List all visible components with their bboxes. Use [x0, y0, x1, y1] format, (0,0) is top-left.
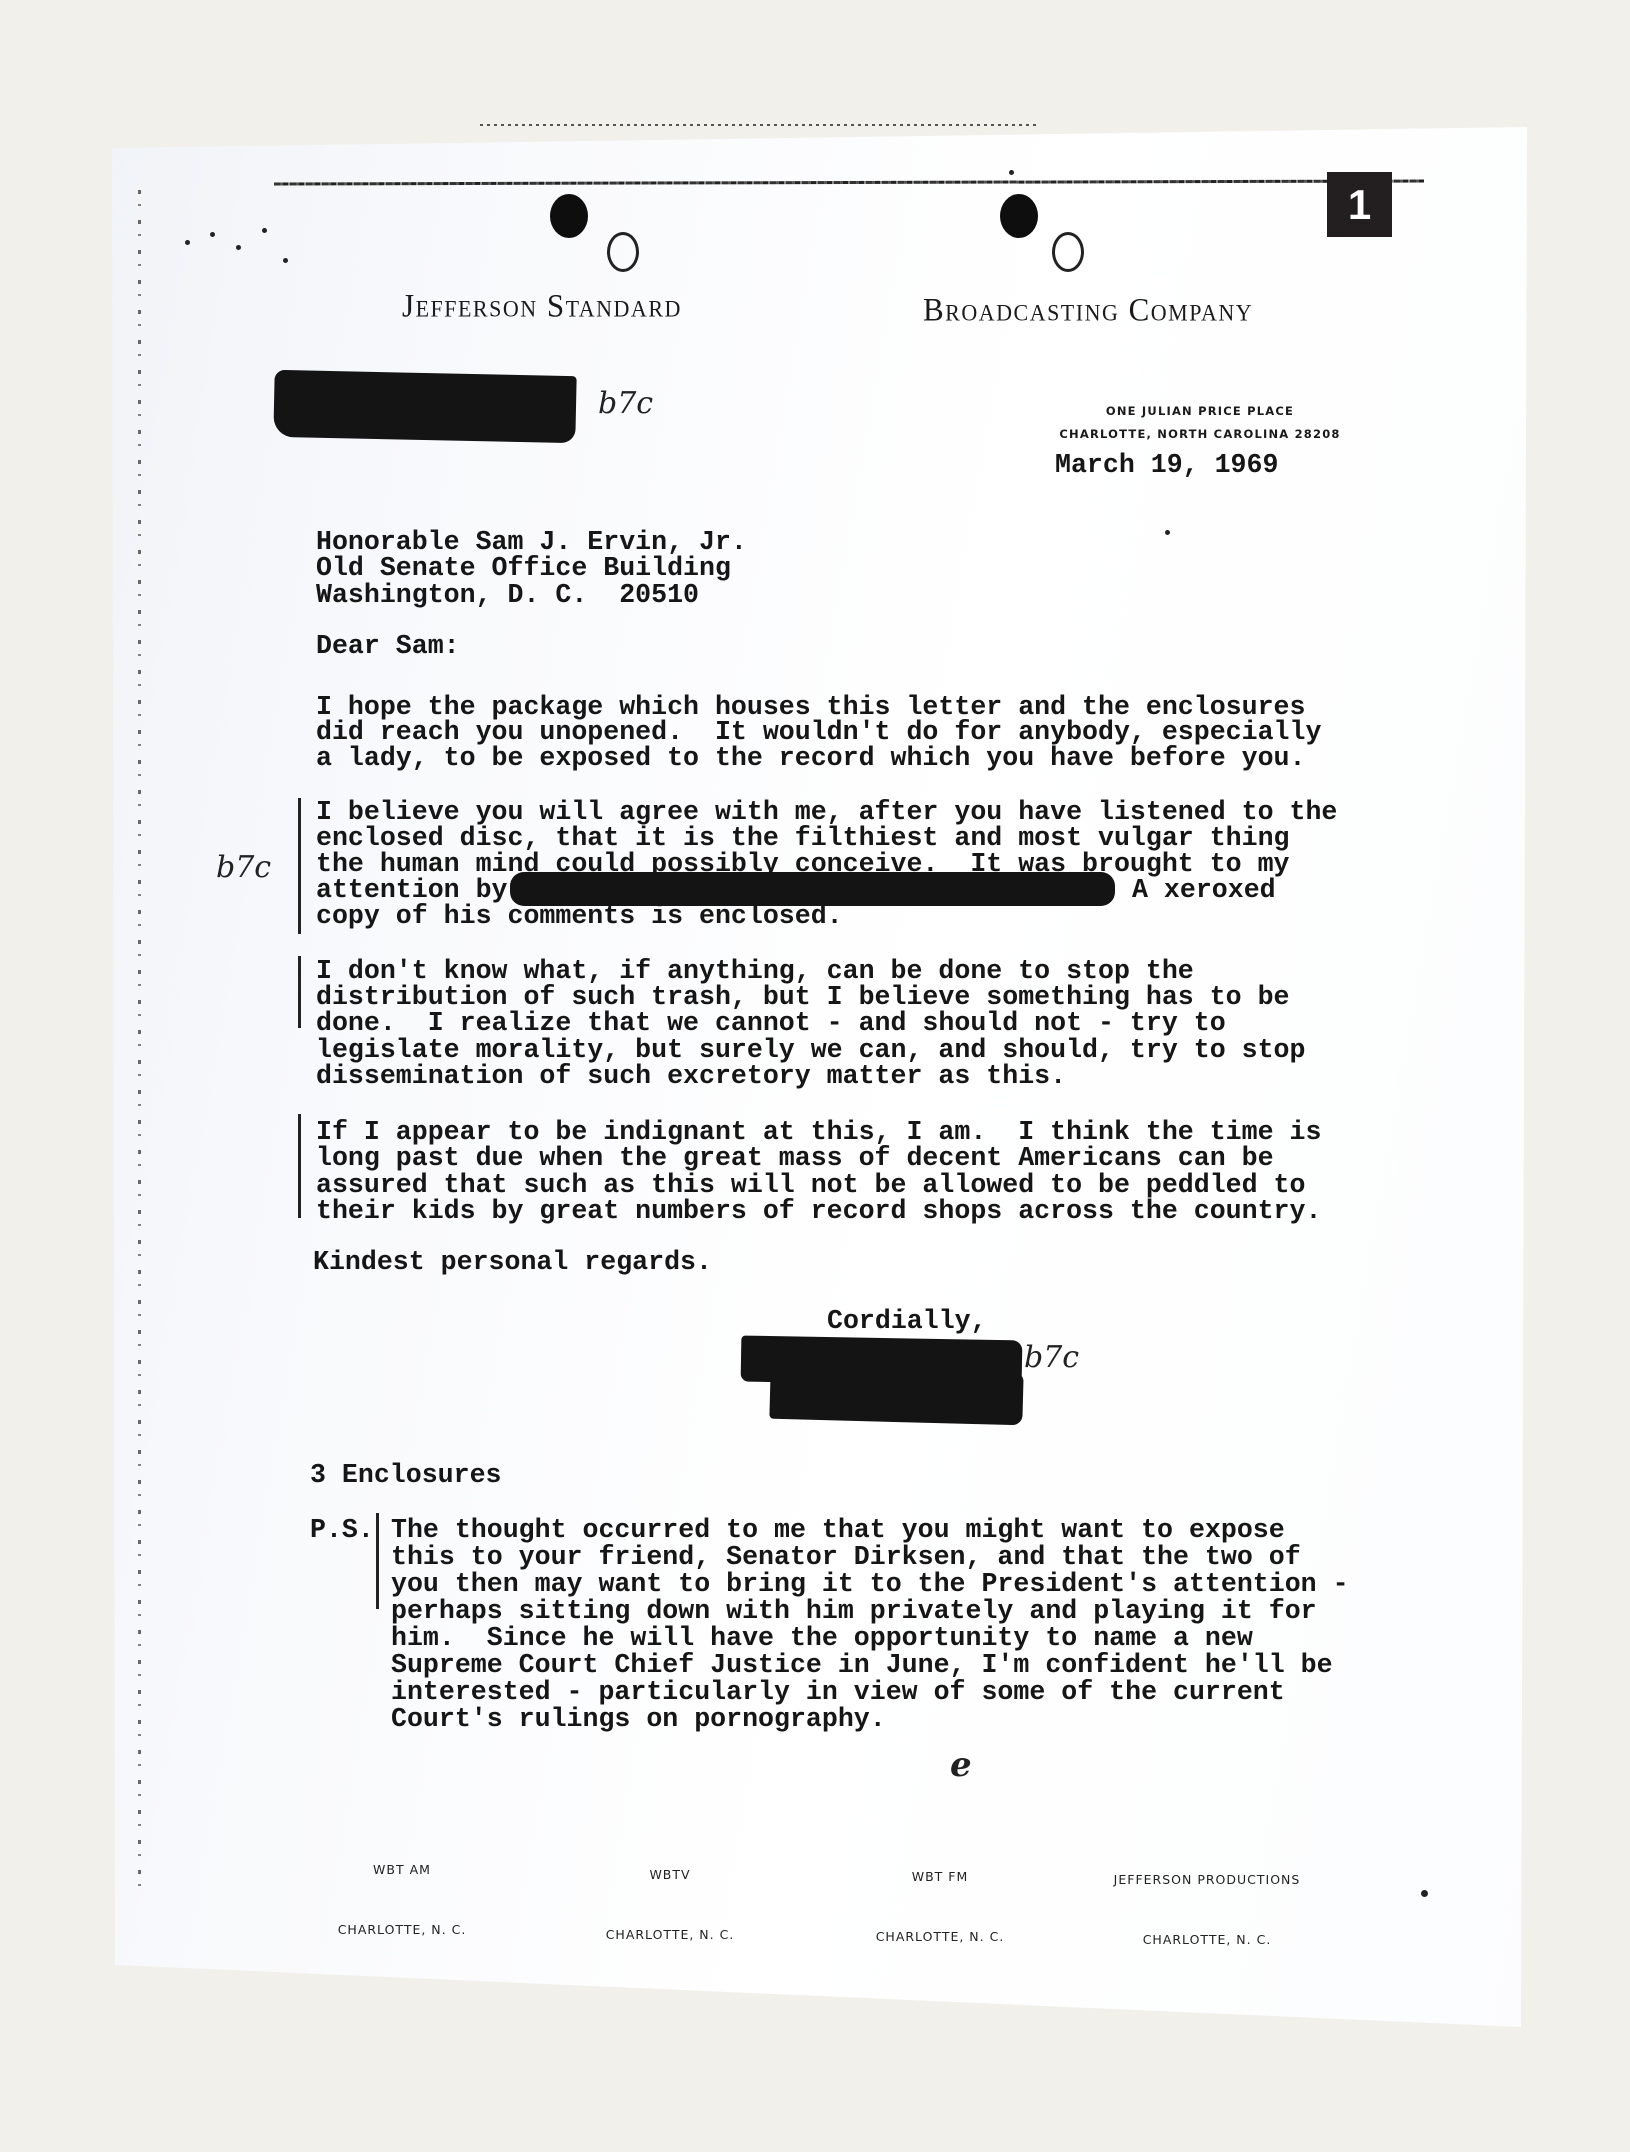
top-copy-artifact [480, 124, 1040, 126]
margin-bar [298, 956, 301, 1028]
letterhead-right: Broadcasting Company [923, 291, 1253, 329]
speck [1421, 1890, 1428, 1897]
page-number-badge: 1 [1327, 172, 1392, 237]
postscript-line: Supreme Court Chief Justice in June, I'm… [391, 1652, 1333, 1678]
b7c-annotation: b7c [598, 386, 653, 421]
footer-station-name: WBTV [606, 1865, 735, 1885]
footer-station-city: CHARLOTTE, N. C. [1114, 1930, 1301, 1950]
paragraph-3-line: dissemination of such excretory matter a… [316, 1063, 1066, 1089]
valediction: Cordially, [827, 1308, 987, 1334]
paragraph-2-line: A xeroxed [1132, 877, 1276, 903]
postscript-line: him. Since he will have the opportunity … [391, 1625, 1253, 1651]
margin-bar [298, 1114, 301, 1218]
paragraph-4-line: their kids by great numbers of record sh… [316, 1198, 1321, 1224]
paragraph-1-line: did reach you unopened. It wouldn't do f… [316, 719, 1321, 745]
left-edge-copy-artifact [138, 190, 141, 1890]
punch-hole-icon [550, 194, 588, 238]
paragraph-3-line: done. I realize that we cannot - and sho… [316, 1010, 1226, 1036]
salutation: Dear Sam: [316, 633, 460, 659]
letterhead-left: Jefferson Standard [402, 287, 682, 325]
paragraph-3-line: I don't know what, if anything, can be d… [316, 958, 1194, 984]
footer-station-city: CHARLOTTE, N. C. [338, 1920, 467, 1940]
punch-hole-icon [1000, 194, 1038, 238]
signature-redaction [769, 1367, 1023, 1426]
paragraph-3-line: distribution of such trash, but I believ… [316, 984, 1290, 1010]
margin-bar [298, 798, 301, 934]
footer-station-name: JEFFERSON PRODUCTIONS [1114, 1870, 1301, 1890]
paragraph-2-line: copy of his comments is enclosed. [316, 903, 843, 929]
speck [236, 245, 241, 250]
recipient-line: Old Senate Office Building [316, 555, 731, 581]
paragraph-4-line: long past due when the great mass of dec… [316, 1145, 1274, 1171]
footer-station: WBT FM CHARLOTTE, N. C. [876, 1827, 1005, 1967]
recipient-line: Honorable Sam J. Ervin, Jr. [316, 529, 747, 555]
paragraph-3-line: legislate morality, but surely we can, a… [316, 1037, 1305, 1063]
footer-station-city: CHARLOTTE, N. C. [876, 1927, 1005, 1947]
postscript-line: you then may want to bring it to the Pre… [391, 1571, 1349, 1597]
postscript-line: this to your friend, Senator Dirksen, an… [391, 1544, 1301, 1570]
recipient-line: Washington, D. C. 20510 [316, 582, 699, 608]
footer-station: WBT AM CHARLOTTE, N. C. [338, 1820, 467, 1960]
b7c-annotation: b7c [216, 850, 271, 885]
speck [262, 228, 267, 233]
paragraph-4-line: If I appear to be indignant at this, I a… [316, 1119, 1321, 1145]
letter-date: March 19, 1969 [1055, 452, 1278, 478]
enclosures-note: 3 Enclosures [310, 1462, 502, 1488]
speck [1165, 530, 1170, 535]
handwritten-mark: e [950, 1745, 972, 1785]
postscript-line: perhaps sitting down with him privately … [391, 1598, 1317, 1624]
postscript-line: Court's rulings on pornography. [391, 1706, 886, 1732]
speck [283, 258, 288, 263]
speck [185, 240, 190, 245]
closing-line: Kindest personal regards. [313, 1249, 712, 1275]
b7c-annotation: b7c [1024, 1340, 1079, 1375]
ring-hole-icon [607, 232, 639, 272]
footer-station-name: WBT AM [338, 1860, 467, 1880]
postscript-line: interested - particularly in view of som… [391, 1679, 1285, 1705]
paragraph-2-line: I believe you will agree with me, after … [316, 799, 1337, 825]
paragraph-4-line: assured that such as this will not be al… [316, 1172, 1305, 1198]
footer-station-city: CHARLOTTE, N. C. [606, 1925, 735, 1945]
paragraph-1-line: a lady, to be exposed to the record whic… [316, 745, 1305, 771]
paragraph-2-line: attention by [316, 877, 508, 903]
postscript-line: The thought occurred to me that you migh… [391, 1517, 1285, 1543]
speck [210, 232, 215, 237]
footer-station: JEFFERSON PRODUCTIONS CHARLOTTE, N. C. [1114, 1830, 1301, 1970]
postscript-label: P.S. [310, 1517, 374, 1543]
margin-bar [376, 1513, 379, 1609]
paragraph-2-line: enclosed disc, that it is the filthiest … [316, 825, 1290, 851]
address-line-2: CHARLOTTE, NORTH CAROLINA 28208 [1030, 421, 1370, 448]
redaction-block [273, 370, 576, 443]
footer-station-name: WBT FM [876, 1867, 1005, 1887]
speck [1009, 170, 1014, 175]
footer-station: WBTV CHARLOTTE, N. C. [606, 1825, 735, 1965]
ring-hole-icon [1052, 232, 1084, 272]
